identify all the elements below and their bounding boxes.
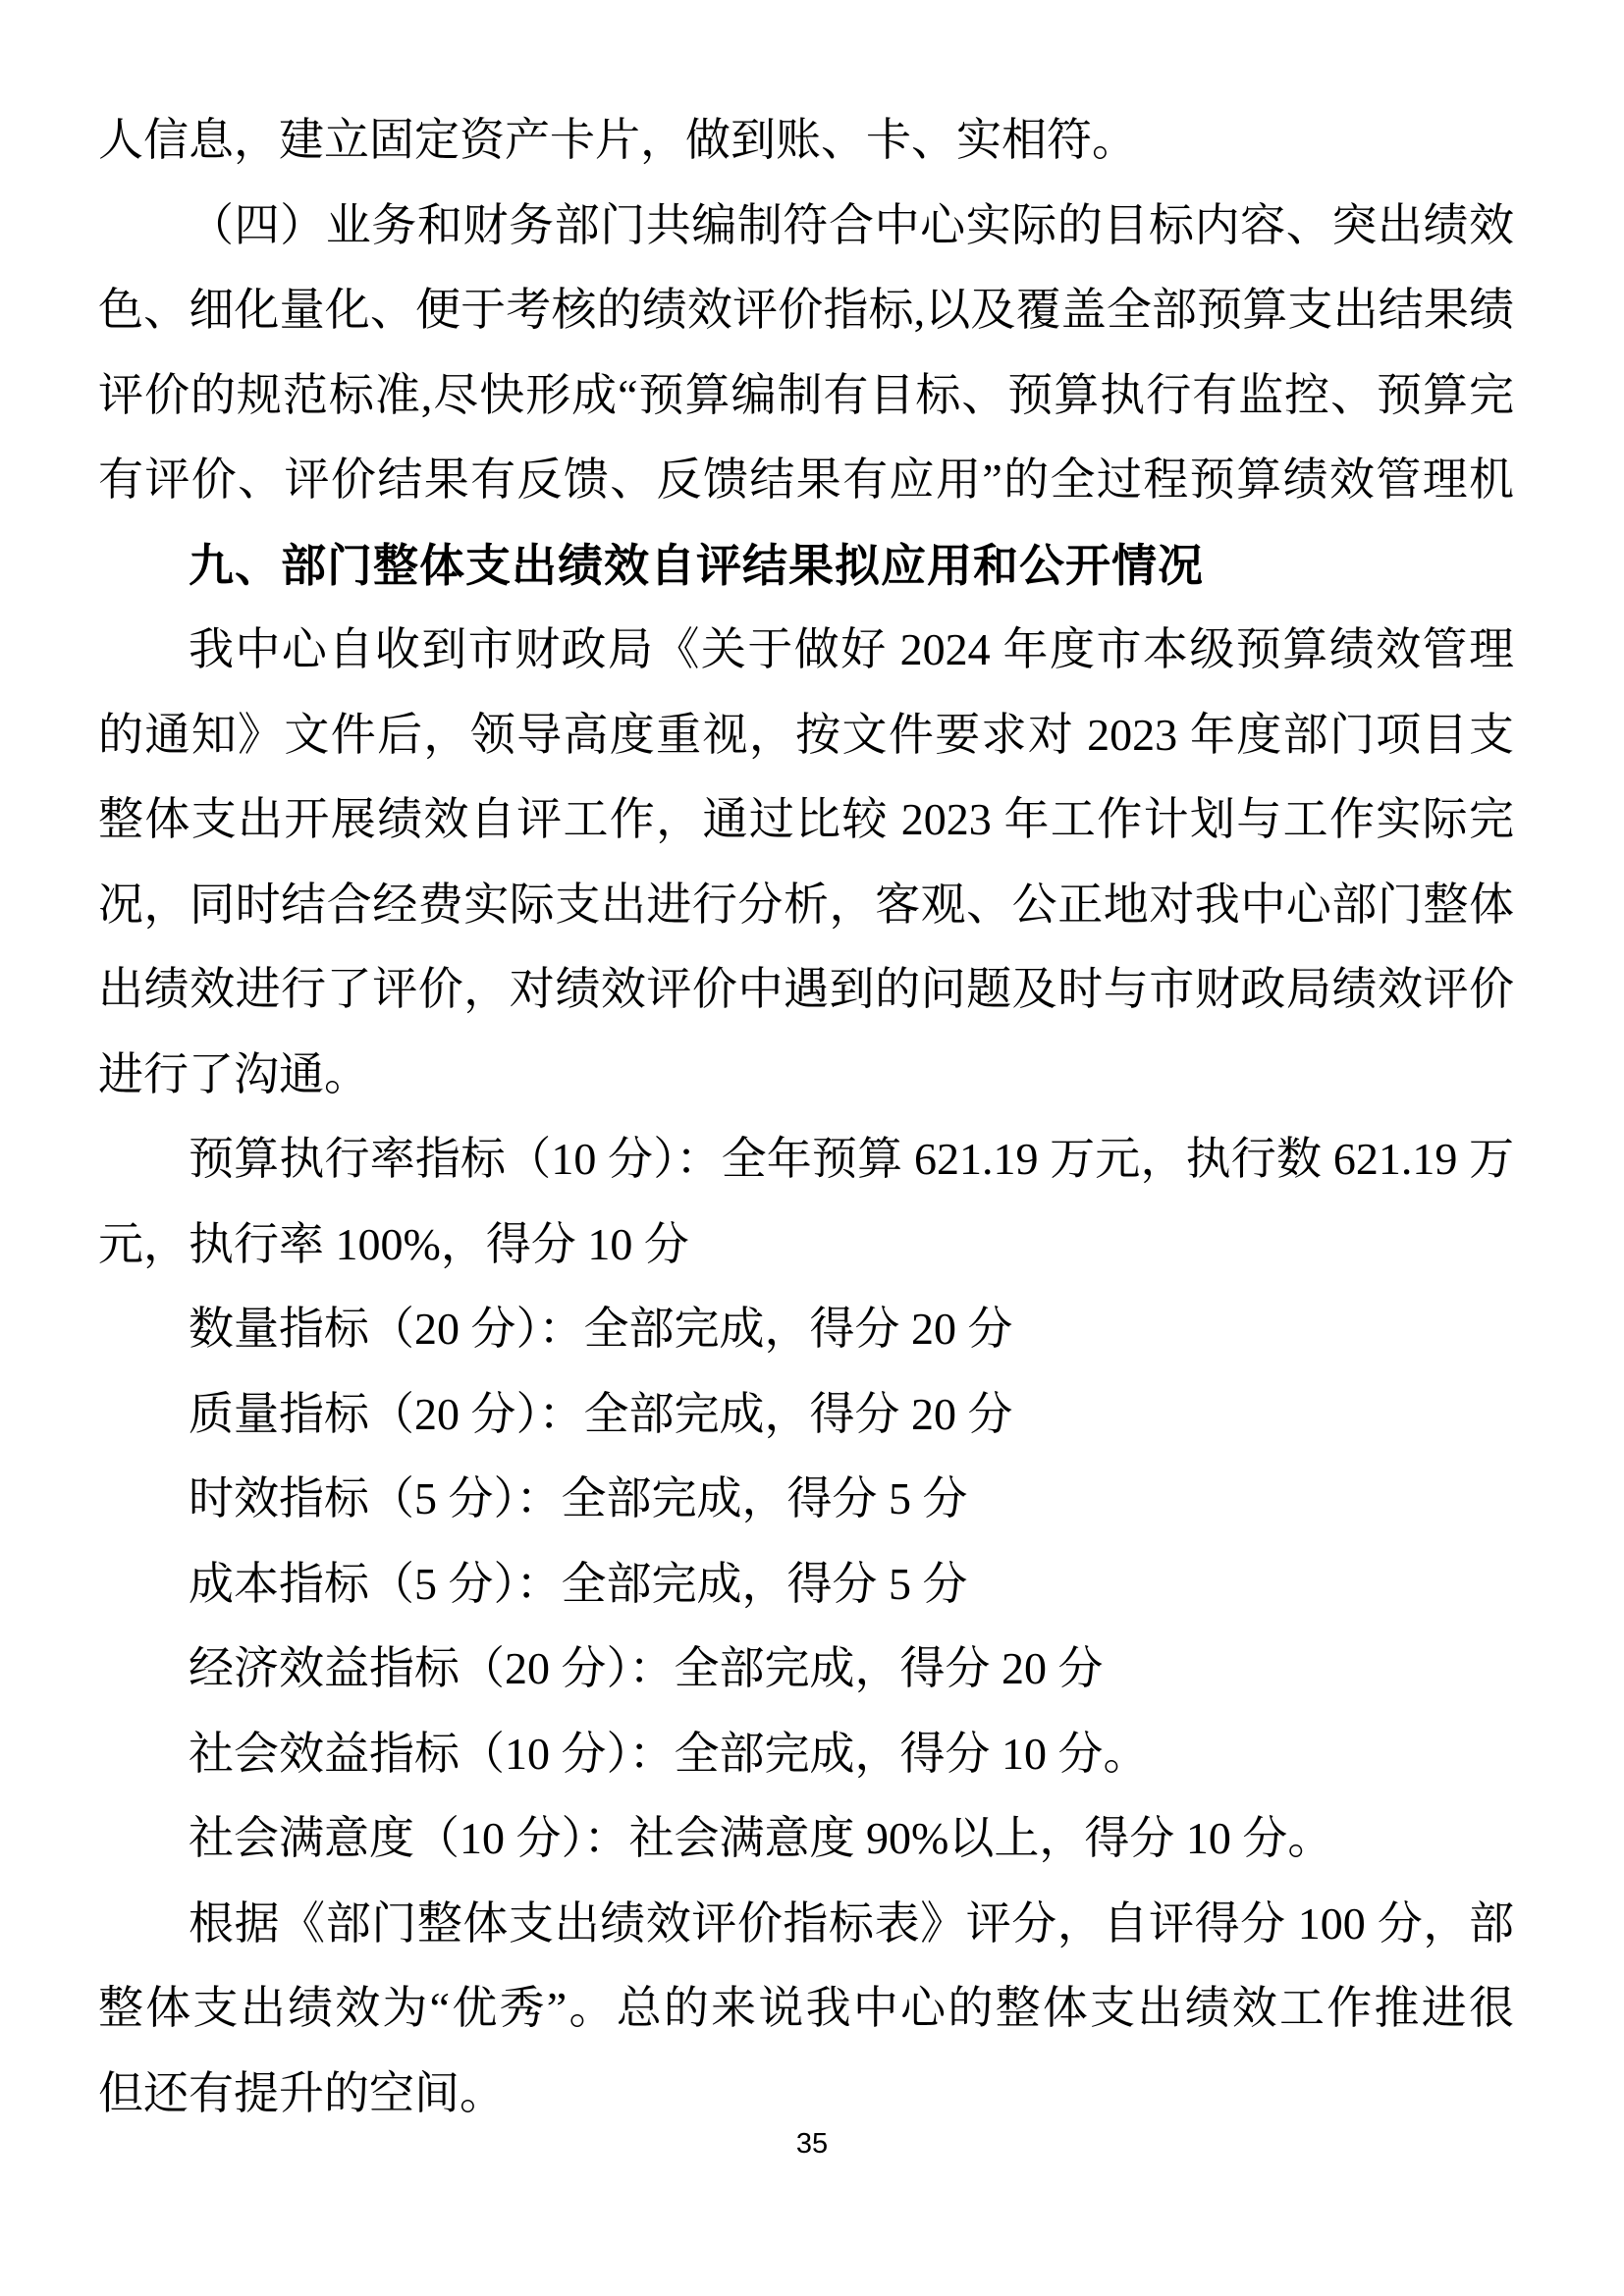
paragraph-line: 整体支出绩效为“优秀”。总的来说我中心的整体支出绩效工作推进很好， [98, 1966, 1514, 2052]
indicator-line: 数量指标（20 分）：全部完成，得分 20 分 [98, 1287, 1514, 1372]
document-page: 人信息，建立固定资产卡片，做到账、卡、实相符。 （四）业务和财务部门共编制符合中… [0, 0, 1624, 2296]
paragraph-line: 况，同时结合经费实际支出进行分析，客观、公正地对我中心部门整体支 [98, 863, 1514, 948]
indicator-line: 元，执行率 100%，得分 10 分 [98, 1202, 1514, 1288]
paragraph-line: 色、细化量化、便于考核的绩效评价指标,以及覆盖全部预算支出结果绩效 [98, 268, 1514, 353]
paragraph-line: 我中心自收到市财政局《关于做好 2024 年度市本级预算绩效管理工作 [98, 608, 1514, 693]
paragraph-line: 人信息，建立固定资产卡片，做到账、卡、实相符。 [98, 98, 1514, 184]
indicator-line: 成本指标（5 分）：全部完成，得分 5 分 [98, 1542, 1514, 1628]
paragraph-line: 进行了沟通。 [98, 1033, 1514, 1118]
page-number: 35 [0, 2130, 1624, 2159]
indicator-line: 经济效益指标（20 分）：全部完成，得分 20 分 [98, 1627, 1514, 1712]
indicator-line: 社会满意度（10 分）：社会满意度 90%以上，得分 10 分。 [98, 1796, 1514, 1882]
indicator-line: 质量指标（20 分）：全部完成，得分 20 分 [98, 1372, 1514, 1458]
document-body: 人信息，建立固定资产卡片，做到账、卡、实相符。 （四）业务和财务部门共编制符合中… [98, 98, 1514, 2136]
indicator-line: 社会效益指标（10 分）：全部完成，得分 10 分。 [98, 1712, 1514, 1797]
paragraph-line: （四）业务和财务部门共编制符合中心实际的目标内容、突出绩效特 [98, 184, 1514, 269]
paragraph-line: 根据《部门整体支出绩效评价指标表》评分，自评得分 100 分，部门 [98, 1882, 1514, 1967]
paragraph-line: 的通知》文件后，领导高度重视，按文件要求对 2023 年度部门项目支出和 [98, 693, 1514, 778]
paragraph-line: 整体支出开展绩效自评工作，通过比较 2023 年工作计划与工作实际完成情 [98, 777, 1514, 863]
section-heading: 九、部门整体支出绩效自评结果拟应用和公开情况 [98, 523, 1514, 609]
paragraph-line: 有评价、评价结果有反馈、反馈结果有应用”的全过程预算绩效管理机制。 [98, 438, 1514, 523]
paragraph-line: 但还有提升的空间。 [98, 2052, 1514, 2137]
paragraph-line: 评价的规范标准,尽快形成“预算编制有目标、预算执行有监控、预算完成 [98, 353, 1514, 439]
indicator-line: 时效指标（5 分）：全部完成，得分 5 分 [98, 1457, 1514, 1542]
paragraph-line: 出绩效进行了评价，对绩效评价中遇到的问题及时与市财政局绩效评价科 [98, 947, 1514, 1033]
indicator-line: 预算执行率指标（10 分）：全年预算 621.19 万元，执行数 621.19 … [98, 1117, 1514, 1202]
